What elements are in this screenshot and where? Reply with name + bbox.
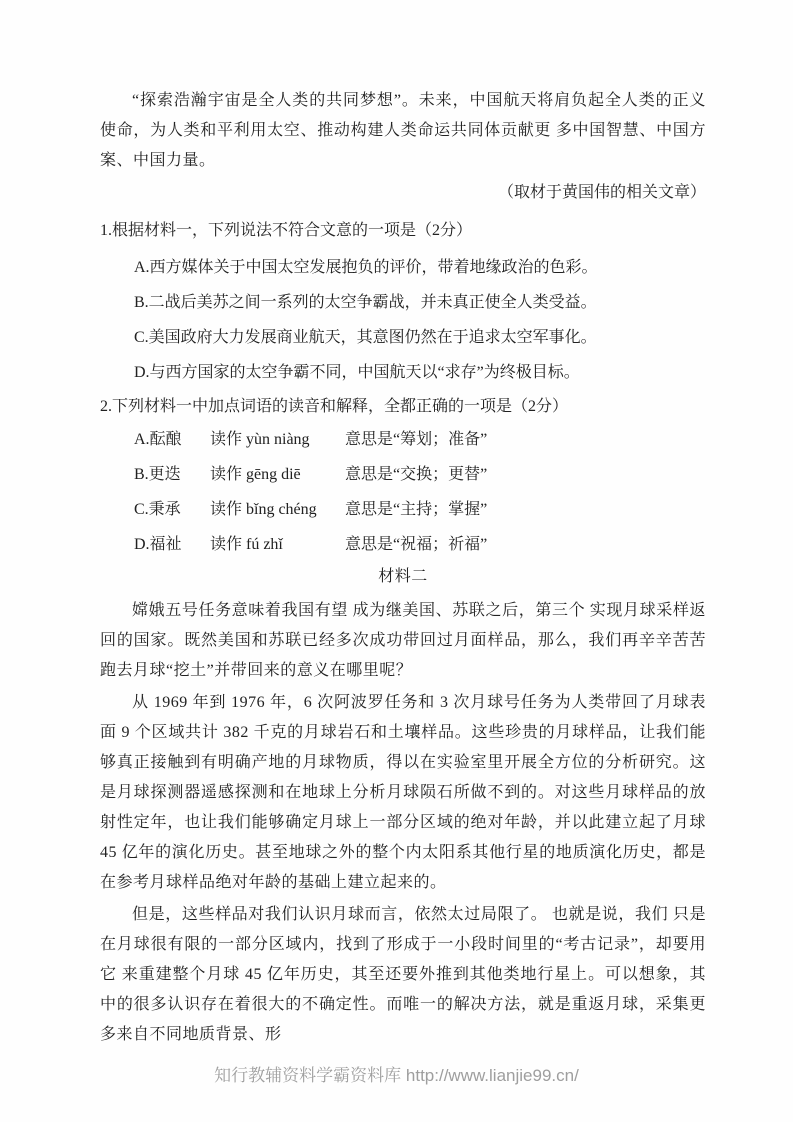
question-2-options: A.酝酿 读作 yùn niàng 意思是“筹划；准备” B.更迭 读作 gēn… (100, 422, 706, 562)
question-1-options: A.西方媒体关于中国太空发展抱负的评价，带着地缘政治的色彩。 B.二战后美苏之间… (100, 250, 706, 390)
question-2-option-a: A.酝酿 读作 yùn niàng 意思是“筹划；准备” (134, 422, 706, 457)
question-2-option-c: C.秉承 读作 bǐng chéng 意思是“主持；掌握” (134, 492, 706, 527)
option-pronunciation: 读作 gēng diē (210, 457, 345, 492)
option-word: C.秉承 (134, 492, 210, 527)
question-1-stem: 1.根据材料一，下列说法不符合文意的一项是（2分） (100, 216, 706, 246)
option-meaning: 意思是“筹划；准备” (345, 422, 706, 457)
option-pronunciation: 读作 bǐng chéng (210, 492, 345, 527)
material-two-heading: 材料二 (100, 562, 706, 592)
material-one-closing-paragraph: “探索浩瀚宇宙是全人类的共同梦想”。未来，中国航天将肩负起全人类的正义使命，为人… (100, 86, 706, 176)
material-two-paragraph-1: 嫦娥五号任务意味着我国有望 成为继美国、苏联之后，第三个 实现月球采样返回的国家… (100, 596, 706, 686)
material-two-paragraph-3: 但是，这些样品对我们认识月球而言，依然太过局限了。 也就是说，我们 只是在月球很… (100, 900, 706, 1050)
option-word: B.更迭 (134, 457, 210, 492)
material-one-attribution: （取材于黄国伟的相关文章） (100, 178, 706, 208)
option-word: D.福祉 (134, 527, 210, 562)
question-2-stem: 2.下列材料一中加点词语的读音和解释，全都正确的一项是（2分） (100, 392, 706, 422)
option-pronunciation: 读作 yùn niàng (210, 422, 345, 457)
question-1-option-a: A.西方媒体关于中国太空发展抱负的评价，带着地缘政治的色彩。 (134, 250, 706, 285)
option-word: A.酝酿 (134, 422, 210, 457)
option-meaning: 意思是“交换；更替” (345, 457, 706, 492)
question-1-option-d: D.与西方国家的太空争霸不同，中国航天以“求存”为终极目标。 (134, 355, 706, 390)
document-body: “探索浩瀚宇宙是全人类的共同梦想”。未来，中国航天将肩负起全人类的正义使命，为人… (100, 0, 706, 1050)
question-2-option-b: B.更迭 读作 gēng diē 意思是“交换；更替” (134, 457, 706, 492)
question-1-option-b: B.二战后美苏之间一系列的太空争霸战，并未真正使全人类受益。 (134, 285, 706, 320)
question-1-option-c: C.美国政府大力发展商业航天，其意图仍然在于追求太空军事化。 (134, 320, 706, 355)
option-meaning: 意思是“祝福；祈福” (345, 527, 706, 562)
option-meaning: 意思是“主持；掌握” (345, 492, 706, 527)
footer-watermark: 知行教辅资料学霸资料库 http://www.lianjie99.cn/ (0, 1063, 793, 1089)
exam-page: “探索浩瀚宇宙是全人类的共同梦想”。未来，中国航天将肩负起全人类的正义使命，为人… (0, 0, 793, 1122)
option-pronunciation: 读作 fú zhǐ (210, 527, 345, 562)
question-2-option-d: D.福祉 读作 fú zhǐ 意思是“祝福；祈福” (134, 527, 706, 562)
material-two-paragraph-2: 从 1969 年到 1976 年，6 次阿波罗任务和 3 次月球号任务为人类带回… (100, 688, 706, 898)
